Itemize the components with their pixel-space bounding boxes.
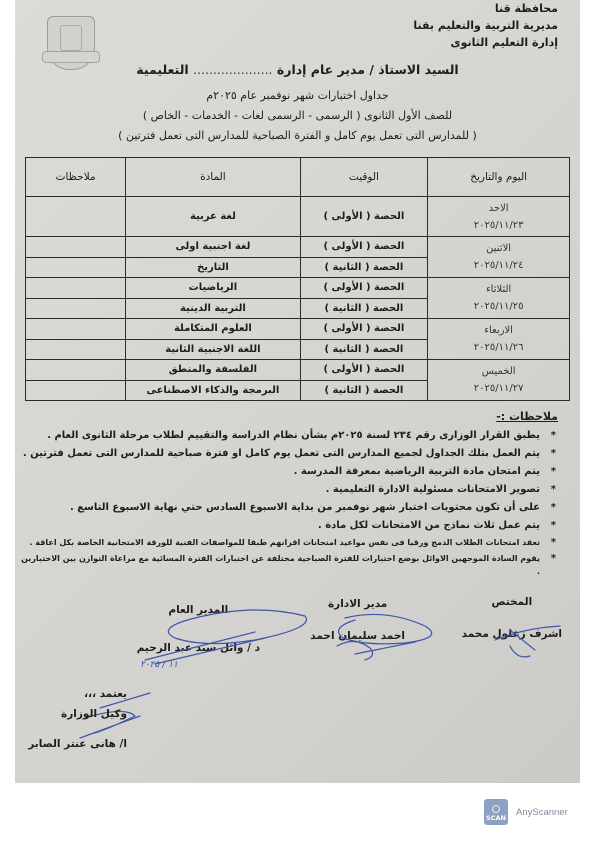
subject-cell: البرمجة والذكاء الاصطناعى bbox=[126, 380, 300, 401]
time-cell: الحصة ( الأولى ) bbox=[300, 197, 428, 237]
approval-name: ا/ هانى عنتر الصابر bbox=[37, 734, 127, 754]
note-item: *على أن تكون محتويات اختبار شهر نوفمبر م… bbox=[18, 500, 558, 515]
signature-name: اشرف زغلول محمد bbox=[462, 628, 562, 640]
notes-cell bbox=[26, 257, 126, 278]
note-text: يطبق القرار الوزارى رقم ٢٣٤ لسنة ٢٠٢٥م ب… bbox=[47, 430, 540, 441]
approval-label: يعتمد ،،، bbox=[37, 684, 127, 704]
table-row: الثلاثاء ٢٠٢٥/١١/٢٥ الحصة ( الأولى ) الر… bbox=[26, 278, 570, 299]
signature-name: احمد سليمان احمد bbox=[310, 630, 405, 642]
notes-cell bbox=[26, 197, 126, 237]
bullet-icon: * bbox=[551, 428, 556, 443]
addressee-suffix: التعليمية bbox=[136, 62, 188, 77]
note-item: *يقوم السادة الموجهين الاوائل بوضع اختبا… bbox=[18, 552, 558, 578]
day-name: الاثنين bbox=[428, 240, 569, 257]
header-time: الوقيت bbox=[300, 158, 428, 197]
approval-block: يعتمد ،،، وكيل الوزارة ا/ هانى عنتر الصا… bbox=[37, 684, 127, 754]
document-title: جداول اختبارات شهر نوفمبر عام ٢٠٢٥م للصف… bbox=[15, 86, 580, 146]
governorate-label: محافظة قنا bbox=[413, 0, 558, 17]
day-name: الثلاثاء bbox=[428, 281, 569, 298]
scan-app-icon: SCAN bbox=[484, 799, 508, 825]
day-cell: الثلاثاء ٢٠٢٥/١١/٢٥ bbox=[428, 278, 570, 319]
time-cell: الحصة ( الأولى ) bbox=[300, 278, 428, 299]
time-cell: الحصة ( الثانية ) bbox=[300, 339, 428, 360]
day-cell: الاربعاء ٢٠٢٥/١١/٢٦ bbox=[428, 319, 570, 360]
day-date: ٢٠٢٥/١١/٢٥ bbox=[428, 298, 569, 315]
notes-cell bbox=[26, 278, 126, 299]
notes-cell bbox=[26, 380, 126, 401]
bullet-icon: * bbox=[551, 464, 556, 479]
note-text: يقوم السادة الموجهين الاوائل بوضع اختبار… bbox=[21, 554, 540, 576]
time-cell: الحصة ( الأولى ) bbox=[300, 360, 428, 381]
note-item: *تصوير الامتحانات مسئولية الادارة التعلي… bbox=[18, 482, 558, 497]
signature-role: المدير العام bbox=[137, 604, 260, 616]
handwritten-date: ١١ / ٢٠٢٥ bbox=[140, 660, 178, 670]
note-text: تعقد امتحانات الطلاب الدمج ورقيا فى نفس … bbox=[29, 538, 540, 547]
subject-cell: الرياضيات bbox=[126, 278, 300, 299]
note-text: تصوير الامتحانات مسئولية الادارة التعليم… bbox=[326, 484, 540, 495]
day-name: الاحد bbox=[428, 200, 569, 217]
day-date: ٢٠٢٥/١١/٢٦ bbox=[428, 339, 569, 356]
document-header: محافظة قنا مديرية التربية والتعليم بقنا … bbox=[413, 0, 558, 51]
bullet-icon: * bbox=[551, 536, 556, 549]
bullet-icon: * bbox=[551, 482, 556, 497]
approval-role: وكيل الوزارة bbox=[37, 704, 127, 724]
notes-cell bbox=[26, 237, 126, 258]
signature-specialist: المختص اشرف زغلول محمد bbox=[462, 596, 562, 640]
notes-cell bbox=[26, 360, 126, 381]
title-line-2: للصف الأول الثانوى ( الرسمى - الرسمى لغا… bbox=[15, 106, 580, 126]
title-line-3: ( للمدارس التى تعمل يوم كامل و الفترة ال… bbox=[15, 126, 580, 146]
header-notes: ملاحظات bbox=[26, 158, 126, 197]
subject-cell: الفلسفة والمنطق bbox=[126, 360, 300, 381]
subject-cell: لغة اجنبية اولى bbox=[126, 237, 300, 258]
note-item: *يتم امتحان مادة التربية الرياضية بمعرفة… bbox=[18, 464, 558, 479]
day-name: الخميس bbox=[428, 363, 569, 380]
table-row: الخميس ٢٠٢٥/١١/٢٧ الحصة ( الأولى ) الفلس… bbox=[26, 360, 570, 381]
signature-general-director: المدير العام د / وائل سيد عبد الرحيم bbox=[137, 604, 260, 654]
scanned-document-page: محافظة قنا مديرية التربية والتعليم بقنا … bbox=[15, 0, 580, 783]
subject-cell: اللغة الاجنبية الثانية bbox=[126, 339, 300, 360]
time-cell: الحصة ( الثانية ) bbox=[300, 257, 428, 278]
exam-schedule-table: اليوم والتاريخ الوقيت المادة ملاحظات الا… bbox=[25, 157, 570, 401]
bullet-icon: * bbox=[551, 500, 556, 515]
bullet-icon: * bbox=[551, 518, 556, 533]
note-text: على أن تكون محتويات اختبار شهر نوفمبر من… bbox=[70, 502, 540, 513]
signature-name: د / وائل سيد عبد الرحيم bbox=[137, 642, 260, 654]
addressee-dots: .................... bbox=[193, 62, 272, 77]
table-row: الاربعاء ٢٠٢٥/١١/٢٦ الحصة ( الأولى ) الع… bbox=[26, 319, 570, 340]
scanner-brand-label: AnyScanner bbox=[516, 807, 568, 818]
addressee-line: السيد الاستاذ / مدير عام إدارة .........… bbox=[15, 62, 580, 77]
signature-role: المختص bbox=[462, 596, 562, 608]
note-item: *تعقد امتحانات الطلاب الدمج ورقيا فى نفس… bbox=[18, 536, 558, 549]
day-cell: الاحد ٢٠٢٥/١١/٢٣ bbox=[428, 197, 570, 237]
notes-title: ملاحظات :- bbox=[496, 410, 558, 423]
note-item: *يتم عمل ثلاث نماذج من الامتحانات لكل ما… bbox=[18, 518, 558, 533]
note-item: *يطبق القرار الوزارى رقم ٢٣٤ لسنة ٢٠٢٥م … bbox=[18, 428, 558, 443]
notes-cell bbox=[26, 298, 126, 319]
notes-cell bbox=[26, 339, 126, 360]
day-cell: الاثنين ٢٠٢٥/١١/٢٤ bbox=[428, 237, 570, 278]
subject-cell: لغة عربية bbox=[126, 197, 300, 237]
notes-list: *يطبق القرار الوزارى رقم ٢٣٤ لسنة ٢٠٢٥م … bbox=[18, 428, 558, 581]
note-text: يتم العمل بتلك الجداول لجميع المدارس الت… bbox=[23, 448, 540, 459]
day-name: الاربعاء bbox=[428, 322, 569, 339]
anyscanner-watermark: SCAN AnyScanner bbox=[484, 799, 568, 825]
day-cell: الخميس ٢٠٢٥/١١/٢٧ bbox=[428, 360, 570, 401]
day-date: ٢٠٢٥/١١/٢٧ bbox=[428, 380, 569, 397]
day-date: ٢٠٢٥/١١/٢٣ bbox=[428, 217, 569, 234]
signature-admin-director: مدير الادارة احمد سليمان احمد bbox=[310, 598, 405, 642]
subject-cell: العلوم المتكاملة bbox=[126, 319, 300, 340]
header-day-date: اليوم والتاريخ bbox=[428, 158, 570, 197]
table-row: الاحد ٢٠٢٥/١١/٢٣ الحصة ( الأولى ) لغة عر… bbox=[26, 197, 570, 237]
note-text: يتم عمل ثلاث نماذج من الامتحانات لكل ماد… bbox=[318, 520, 540, 531]
time-cell: الحصة ( الأولى ) bbox=[300, 237, 428, 258]
time-cell: الحصة ( الثانية ) bbox=[300, 298, 428, 319]
table-row: الاثنين ٢٠٢٥/١١/٢٤ الحصة ( الأولى ) لغة … bbox=[26, 237, 570, 258]
notes-cell bbox=[26, 319, 126, 340]
scan-badge-label: SCAN bbox=[486, 814, 506, 822]
subject-cell: التاريخ bbox=[126, 257, 300, 278]
subject-cell: التربية الدينية bbox=[126, 298, 300, 319]
title-line-1: جداول اختبارات شهر نوفمبر عام ٢٠٢٥م bbox=[15, 86, 580, 106]
bullet-icon: * bbox=[551, 552, 556, 565]
addressee-prefix: السيد الاستاذ / مدير عام إدارة bbox=[277, 62, 459, 77]
note-text: يتم امتحان مادة التربية الرياضية بمعرفة … bbox=[294, 466, 540, 477]
signature-role: مدير الادارة bbox=[310, 598, 405, 610]
directorate-label: مديرية التربية والتعليم بقنا bbox=[413, 17, 558, 34]
department-label: إدارة التعليم الثانوى bbox=[413, 34, 558, 51]
note-item: *يتم العمل بتلك الجداول لجميع المدارس ال… bbox=[18, 446, 558, 461]
day-date: ٢٠٢٥/١١/٢٤ bbox=[428, 257, 569, 274]
time-cell: الحصة ( الأولى ) bbox=[300, 319, 428, 340]
header-subject: المادة bbox=[126, 158, 300, 197]
table-header-row: اليوم والتاريخ الوقيت المادة ملاحظات bbox=[26, 158, 570, 197]
bullet-icon: * bbox=[551, 446, 556, 461]
time-cell: الحصة ( الثانية ) bbox=[300, 380, 428, 401]
